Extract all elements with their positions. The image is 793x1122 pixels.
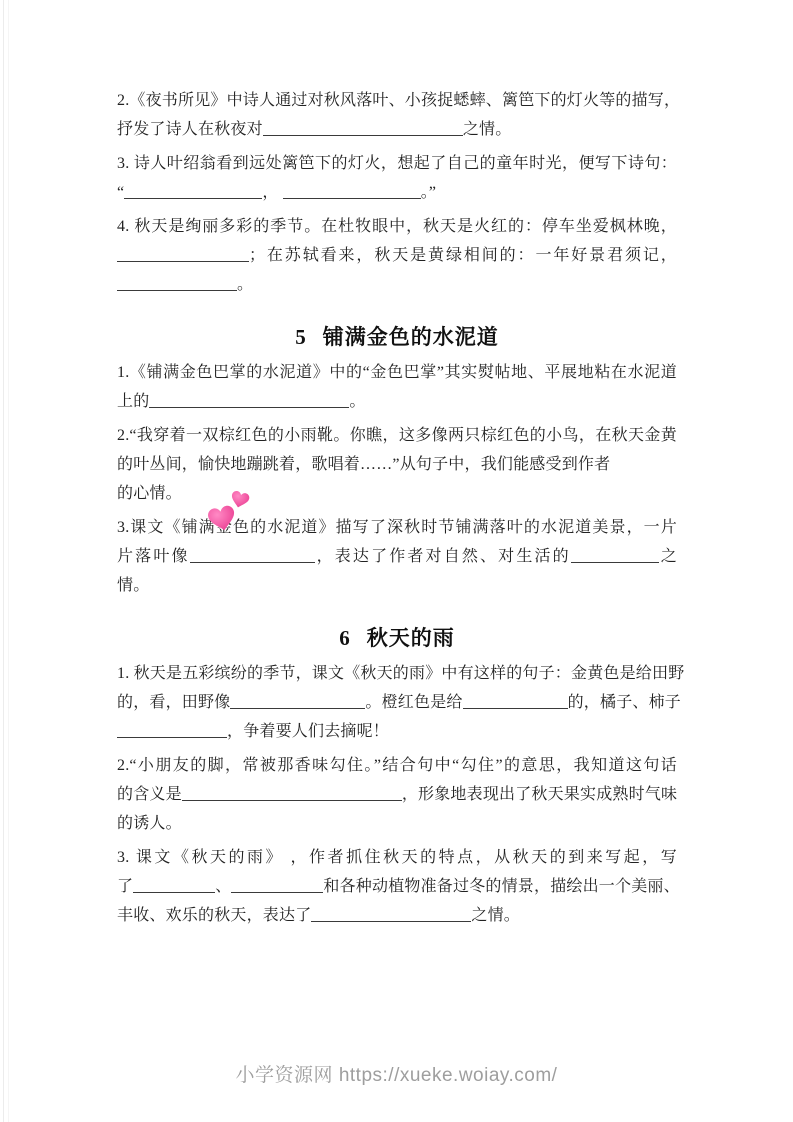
answer-blank [117, 275, 237, 291]
question-text: 。 [349, 393, 365, 410]
question-line: 1.《铺满金色巴掌的水泥道》中的“金色巴掌”其实熨帖地、平展地粘在水泥道 [117, 358, 677, 387]
answer-blank [463, 693, 568, 709]
question-text: 。橙红色是给 [365, 694, 462, 711]
question-text: ，形象地表现出了秋天果实成熟时气味 [402, 786, 677, 803]
answer-blank [149, 392, 349, 408]
answer-blank [571, 547, 659, 563]
question-text: ，争着要人们去摘呢！ [227, 723, 389, 740]
question-text: 1.《铺满金色巴掌的水泥道》中的“金色巴掌”其实熨帖地、平展地粘在水泥道 [117, 364, 677, 381]
question-line: 了、和各种动植物准备过冬的情景，描绘出一个美丽、 [117, 872, 677, 901]
question-text: 之 [659, 548, 677, 565]
worksheet-section: 6秋天的雨1. 秋天是五彩缤纷的季节，课文《秋天的雨》中有这样的句子：金黄色是给… [117, 623, 677, 930]
question-text: 抒发了诗人在秋夜对 [117, 121, 263, 138]
section-number: 6 [339, 626, 351, 650]
answer-blank [117, 246, 249, 262]
question-text: 的，看，田野像 [117, 694, 230, 711]
footer-watermark: 小学资源网 https://xueke.woiay.com/ [0, 1060, 793, 1087]
question-text: 2.《夜书所见》中诗人通过对秋风落叶、小孩捉蟋蟀、篱笆下的灯火等的描写， [117, 92, 680, 109]
question: 2.“我穿着一双棕红色的小雨靴。你瞧，这多像两只棕红色的小鸟，在秋天金黄的叶丛间… [117, 421, 677, 508]
question-text: 之情。 [471, 907, 520, 924]
question: 2.《夜书所见》中诗人通过对秋风落叶、小孩捉蟋蟀、篱笆下的灯火等的描写，抒发了诗… [117, 86, 677, 144]
question-line: 上的。 [117, 387, 677, 416]
question: 3. 课文《秋天的雨》 ，作者抓住秋天的特点，从秋天的到来写起，写了、和各种动植… [117, 843, 677, 930]
question: 4. 秋天是绚丽多彩的季节。在杜牧眼中，秋天是火红的：停车坐爱枫林晚，；在苏轼看… [117, 212, 677, 299]
section-title: 秋天的雨 [367, 626, 455, 650]
question-text: 2.“我穿着一双棕红色的小雨靴。你瞧，这多像两只棕红色的小鸟，在秋天金黄 [117, 427, 677, 444]
question-text: 2.“小朋友的脚，常被那香味勾住。”结合句中“勾住”的意思，我知道这句话 [117, 757, 677, 774]
question-line: 片落叶像，表达了作者对自然、对生活的之 [117, 542, 677, 571]
worksheet-body: 2.《夜书所见》中诗人通过对秋风落叶、小孩捉蟋蟀、篱笆下的灯火等的描写，抒发了诗… [117, 86, 677, 935]
question: 3.课文《铺满金色的水泥道》描写了深秋时节铺满落叶的水泥道美景，一片片落叶像，表… [117, 513, 677, 600]
question-text: 片落叶像 [117, 548, 190, 565]
answer-blank [263, 120, 463, 136]
question-line: ，争着要人们去摘呢！ [117, 717, 677, 746]
question-line: “， 。” [117, 178, 677, 207]
question-line: 的叶丛间，愉快地蹦跳着，歌唱着……”从句子中，我们能感受到作者 [117, 450, 677, 479]
question-line: 2.“小朋友的脚，常被那香味勾住。”结合句中“勾住”的意思，我知道这句话 [117, 751, 677, 780]
question-text: 3. 课文《秋天的雨》 ，作者抓住秋天的特点，从秋天的到来写起，写 [117, 849, 677, 866]
question-line: 3. 诗人叶绍翁看到远处篱笆下的灯火，想起了自己的童年时光，便写下诗句： [117, 149, 677, 178]
question-text: 上的 [117, 393, 149, 410]
question-text: 。 [237, 276, 253, 293]
question-text: 的诱人。 [117, 815, 182, 832]
question-line: 4. 秋天是绚丽多彩的季节。在杜牧眼中，秋天是火红的：停车坐爱枫林晚， [117, 212, 677, 241]
answer-blank [124, 183, 262, 199]
question-line: 的心情。 [117, 479, 677, 508]
question-text: ，表达了作者对自然、对生活的 [315, 548, 571, 565]
question-text: 、 [215, 878, 231, 895]
question-text: 4. 秋天是绚丽多彩的季节。在杜牧眼中，秋天是火红的：停车坐爱枫林晚， [117, 218, 677, 235]
section-number: 5 [295, 325, 307, 349]
question-line: 1. 秋天是五彩缤纷的季节，课文《秋天的雨》中有这样的句子：金黄色是给田野 [117, 659, 677, 688]
question-line: 的，看，田野像。橙红色是给的，橘子、柿子 [117, 688, 677, 717]
answer-blank [190, 547, 315, 563]
question-text: 之情。 [463, 121, 512, 138]
question-line: 。 [117, 270, 677, 299]
question-line: 丰收、欢乐的秋天，表达了之情。 [117, 901, 677, 930]
worksheet-section: 2.《夜书所见》中诗人通过对秋风落叶、小孩捉蟋蟀、篱笆下的灯火等的描写，抒发了诗… [117, 86, 677, 299]
question-line: 2.《夜书所见》中诗人通过对秋风落叶、小孩捉蟋蟀、篱笆下的灯火等的描写， [117, 86, 677, 115]
page-edge-line-2 [8, 0, 9, 1122]
answer-blank [133, 877, 215, 893]
question-text: “ [117, 184, 124, 201]
question-line: 2.“我穿着一双棕红色的小雨靴。你瞧，这多像两只棕红色的小鸟，在秋天金黄 [117, 421, 677, 450]
question-text: 1. 秋天是五彩缤纷的季节，课文《秋天的雨》中有这样的句子：金黄色是给田野 [117, 665, 684, 682]
question-text: 和各种动植物准备过冬的情景，描绘出一个美丽、 [323, 878, 679, 895]
answer-blank [283, 183, 421, 199]
question-text: 的含义是 [117, 786, 182, 803]
question-text: ， [262, 184, 282, 201]
question-line: 的含义是，形象地表现出了秋天果实成熟时气味 [117, 780, 677, 809]
question-text: 3. 诗人叶绍翁看到远处篱笆下的灯火，想起了自己的童年时光，便写下诗句： [117, 155, 677, 172]
answer-blank [230, 693, 365, 709]
question-text: 丰收、欢乐的秋天，表达了 [117, 907, 311, 924]
question-line: 抒发了诗人在秋夜对之情。 [117, 115, 677, 144]
question-text: 的心情。 [117, 485, 182, 502]
question-text: 的，橘子、柿子 [568, 694, 681, 711]
section-heading: 6秋天的雨 [117, 623, 677, 653]
answer-blank [182, 785, 402, 801]
footer-watermark-text: 小学资源网 https://xueke.woiay.com/ [236, 1065, 558, 1086]
question-line: 3.课文《铺满金色的水泥道》描写了深秋时节铺满落叶的水泥道美景，一片 [117, 513, 677, 542]
question-text: 。” [421, 184, 437, 201]
question-line: 情。 [117, 571, 677, 600]
answer-blank [231, 877, 323, 893]
page-edge-line [3, 0, 4, 1122]
answer-blank [117, 722, 227, 738]
question-line: 的诱人。 [117, 809, 677, 838]
question-text: ；在苏轼看来，秋天是黄绿相间的：一年好景君须记， [249, 247, 677, 264]
question-line: 3. 课文《秋天的雨》 ，作者抓住秋天的特点，从秋天的到来写起，写 [117, 843, 677, 872]
question-text: 3.课文《铺满金色的水泥道》描写了深秋时节铺满落叶的水泥道美景，一片 [117, 519, 677, 536]
question: 1. 秋天是五彩缤纷的季节，课文《秋天的雨》中有这样的句子：金黄色是给田野的，看… [117, 659, 677, 746]
question-text: 的叶丛间，愉快地蹦跳着，歌唱着……”从句子中，我们能感受到作者 [117, 456, 610, 473]
answer-blank [311, 906, 471, 922]
question: 1.《铺满金色巴掌的水泥道》中的“金色巴掌”其实熨帖地、平展地粘在水泥道上的。 [117, 358, 677, 416]
question-line: ；在苏轼看来，秋天是黄绿相间的：一年好景君须记， [117, 241, 677, 270]
section-title: 铺满金色的水泥道 [323, 325, 499, 349]
question-text: 了 [117, 878, 133, 895]
question: 3. 诗人叶绍翁看到远处篱笆下的灯火，想起了自己的童年时光，便写下诗句：“， 。… [117, 149, 677, 207]
section-heading: 5铺满金色的水泥道 [117, 322, 677, 352]
worksheet-section: 5铺满金色的水泥道1.《铺满金色巴掌的水泥道》中的“金色巴掌”其实熨帖地、平展地… [117, 322, 677, 600]
question-text: 情。 [117, 577, 149, 594]
question: 2.“小朋友的脚，常被那香味勾住。”结合句中“勾住”的意思，我知道这句话的含义是… [117, 751, 677, 838]
